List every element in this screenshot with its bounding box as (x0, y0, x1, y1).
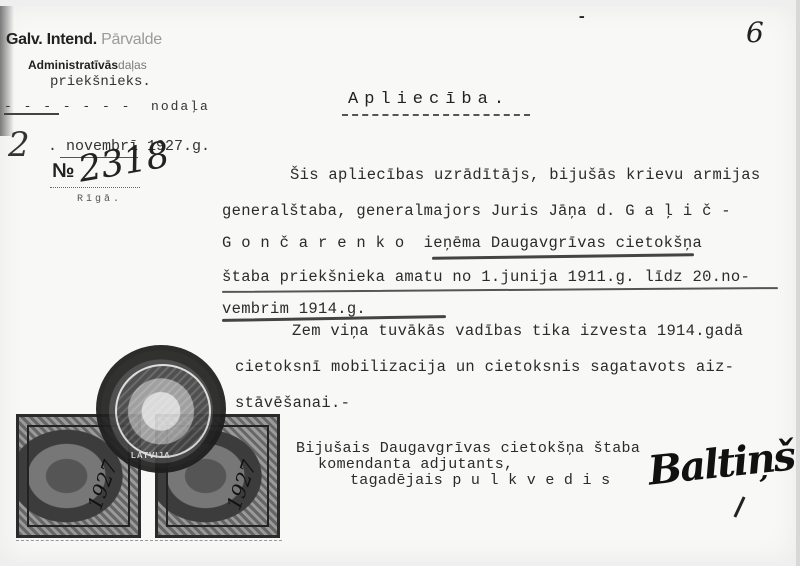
official-seal: LATVIJA (96, 345, 226, 473)
body-line: stāvēšanai.- (235, 394, 350, 412)
signature-line: tagadējais p u l k v e d i s (350, 472, 610, 489)
page-number-handwritten: 6 (746, 16, 764, 49)
number-underline (50, 187, 140, 188)
seal-emblem-icon (115, 364, 211, 458)
stamp-date-day-handwritten: 2 (8, 125, 30, 165)
signature-line: Bijušais Daugavgrīvas cietokšņa štaba (296, 440, 640, 457)
scan-shadow (0, 6, 14, 136)
document-title: Apliecība. (348, 90, 510, 109)
body-line: generalštaba, generalmajors Juris Jāņa d… (222, 202, 731, 220)
signature-line: komendanta adjutants, (318, 456, 513, 473)
body-line: G o n č a r e n k o ieņēma Daugavgrīvas … (222, 234, 702, 252)
stamp-office-name: Galv. Intend. Pārvalde (6, 31, 162, 49)
stamp-overprint: 1927 (83, 457, 123, 513)
perforation-line (16, 540, 282, 541)
dashes-suffix: nodaļa (151, 99, 210, 114)
body-line: štaba priekšnieka amatu no 1.junija 1911… (222, 268, 750, 286)
body-line: vembrim 1914.g. (222, 300, 366, 318)
stamp-overprint: 1927 (222, 457, 262, 513)
stamp-city: Rīgā. (77, 194, 122, 205)
title-underline (342, 114, 530, 116)
number-sign: № (52, 160, 74, 183)
scan-edge (796, 0, 800, 566)
top-mark: - (577, 8, 587, 26)
stamp-department: Administratīvāsdaļas (28, 58, 147, 72)
office-bold: Galv. Intend. (6, 31, 97, 48)
department-bold: Administratīvās (28, 58, 118, 72)
stamp-dashes: - - - - - - - nodaļa (4, 99, 210, 114)
body-line: cietoksnī mobilizacija un cietoksnis sag… (235, 358, 734, 376)
stamp-rule (4, 113, 59, 115)
seal-text: LATVIJA (131, 451, 171, 460)
office-faded: Pārvalde (101, 31, 162, 48)
dashes: - - - - - - - (4, 99, 131, 114)
body-line: Šis apliecības uzrādītājs, bijušās kriev… (290, 166, 760, 184)
body-line: Zem viņa tuvākās vadības tika izvesta 19… (292, 322, 743, 340)
department-faded: daļas (118, 58, 147, 72)
stamp-chief: priekšnieks. (50, 74, 151, 90)
